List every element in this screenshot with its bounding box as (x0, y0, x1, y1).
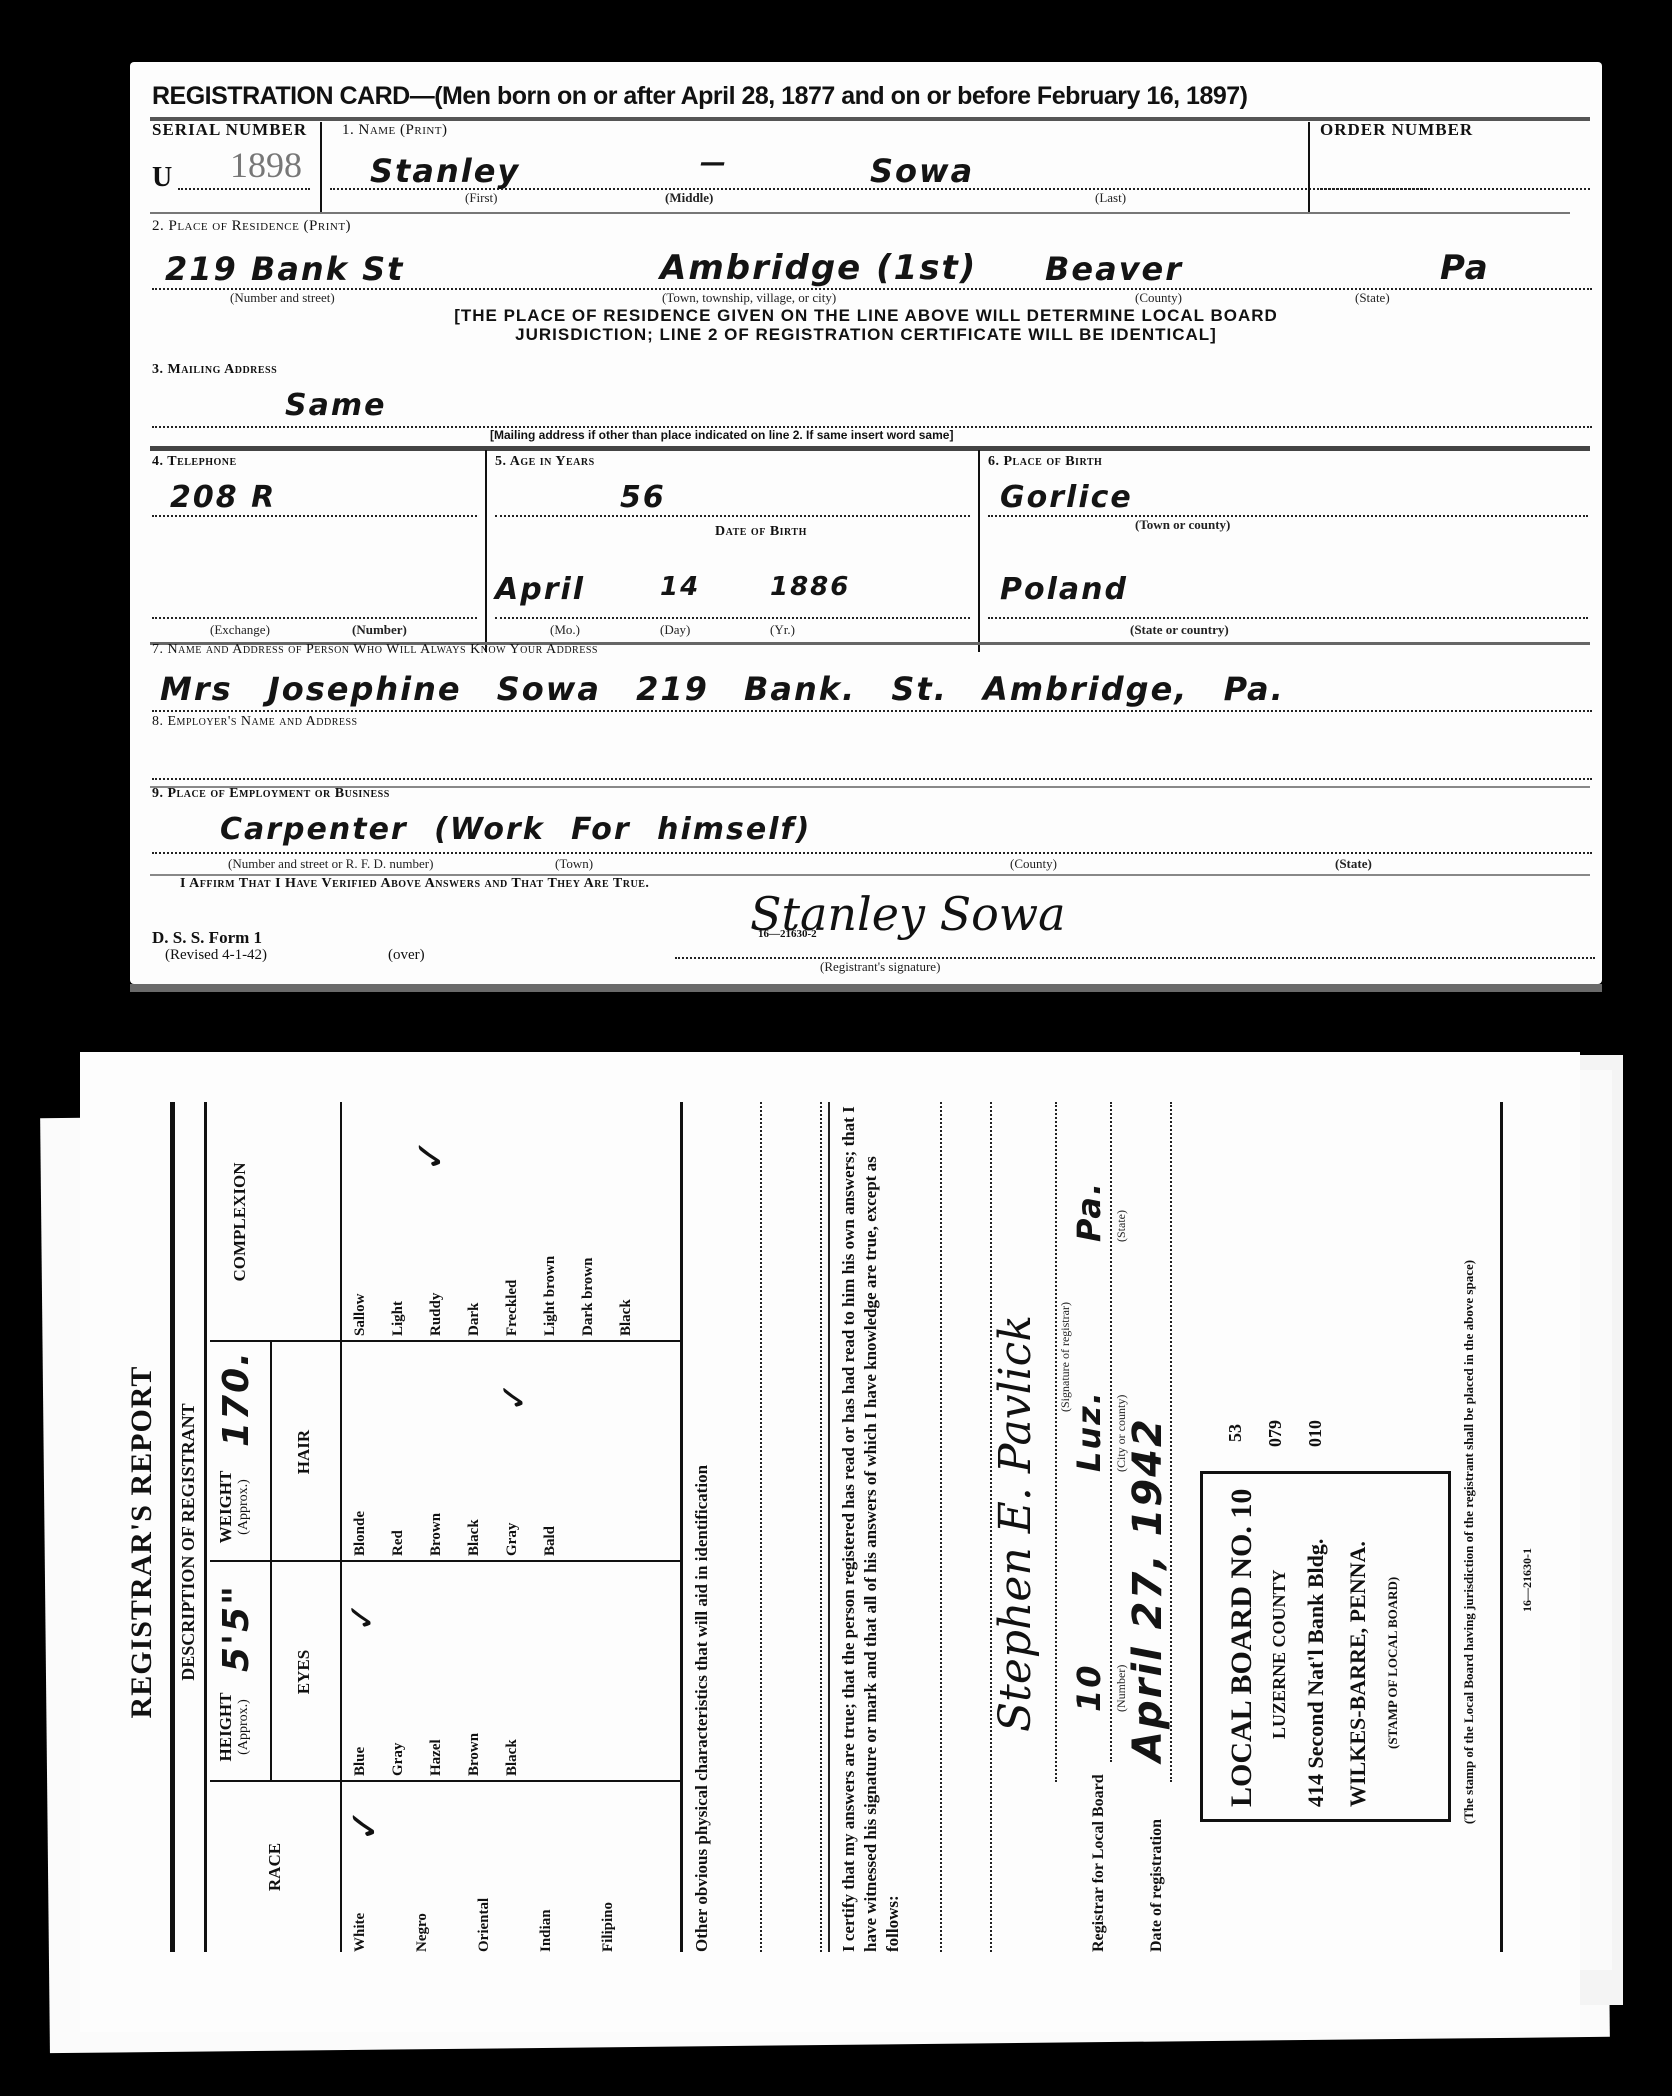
height-header: HEIGHT (Approx.) 5'5" (210, 1560, 270, 1782)
residence-notice-line1: [THE PLACE OF RESIDENCE GIVEN ON THE LIN… (130, 306, 1602, 325)
complexion-option-dark-brown: Dark brown (580, 1258, 597, 1337)
month-caption: (Mo.) (550, 622, 580, 638)
print-code: 16—21630-2 (758, 928, 817, 940)
birthplace-country-value: Poland (1000, 572, 1128, 607)
town-caption: (Town, township, village, or city) (662, 290, 836, 306)
race-option-filipino: Filipino (600, 1902, 617, 1952)
employer-field (152, 778, 1592, 780)
employment-county-caption: (County) (1010, 856, 1057, 872)
certification-text: I certify that my answers are true; that… (838, 1102, 904, 1952)
day-caption: (Day) (660, 622, 690, 638)
dob-day-value: 14 (660, 572, 700, 602)
signature-line (675, 957, 1595, 959)
employment-value: Carpenter (Work For himself) (220, 812, 811, 847)
contact-label: 7. Name and Address of Person Who Will A… (152, 642, 598, 658)
mailing-caption: [Mailing address if other than place ind… (490, 428, 953, 442)
order-number-label: ORDER NUMBER (1320, 120, 1473, 140)
stamp-note: (The stamp of the Local Board having jur… (1460, 1202, 1477, 1882)
serial-number-value: 1898 (230, 144, 302, 186)
registrar-for-label: Registrar for Local Board (1090, 1774, 1108, 1952)
complexion-option-dark: Dark (466, 1303, 483, 1336)
hair-header: HAIR (270, 1340, 342, 1562)
divider (680, 1102, 683, 1952)
stamp-line4: WILKES-BARRE, PENNA. (1345, 1541, 1371, 1807)
divider (978, 450, 980, 652)
stamp-line2: LUZERNE COUNTY (1269, 1569, 1290, 1739)
back-print-code: 16—21630-1 (1520, 1548, 1535, 1612)
state-caption: (State) (1114, 1210, 1129, 1242)
complexion-label: COMPLEXION (230, 1102, 250, 1342)
middle-caption: (Middle) (665, 190, 713, 206)
name-label: 1. Name (Print) (342, 122, 448, 139)
hair-option-brown: Brown (428, 1513, 445, 1556)
weight-value: 170. (216, 1350, 257, 1447)
divider (342, 1780, 680, 1782)
dotted-line (178, 188, 310, 190)
employment-town-caption: (Town) (555, 856, 593, 872)
dotted-line (820, 1102, 822, 1952)
mailing-value: Same (285, 388, 386, 423)
dotted-line (152, 515, 477, 517)
eyes-header: EYES (270, 1560, 342, 1782)
hair-label: HAIR (294, 1342, 314, 1562)
complexion-option-freckled: Freckled (504, 1280, 521, 1336)
divider (204, 1102, 207, 1952)
divider (1308, 122, 1310, 214)
race-option-white: White (352, 1913, 369, 1952)
stamp-code-3: 010 (1305, 1420, 1326, 1447)
residence-street-value: 219 Bank St (165, 250, 404, 288)
residence-county-value: Beaver (1045, 250, 1183, 288)
complexion-header: COMPLEXION (210, 1102, 340, 1342)
dotted-line (988, 617, 1588, 619)
date-of-registration-value: April 27, 1942 (1125, 1417, 1171, 1762)
race-checkmark-icon: ✓ (342, 1808, 388, 1842)
signature-caption: (Registrant's signature) (820, 959, 940, 975)
dotted-line (1110, 1102, 1112, 1762)
hair-option-gray: Gray (504, 1523, 521, 1556)
dotted-line (760, 1102, 762, 1952)
exchange-caption: (Exchange) (210, 622, 270, 638)
local-board-stamp: LOCAL BOARD NO. 10 LUZERNE COUNTY 414 Se… (1200, 1471, 1451, 1822)
street-caption: (Number and street) (230, 290, 335, 306)
hair-option-black: Black (466, 1519, 483, 1556)
divider (150, 446, 1590, 451)
card-stack-edge (1575, 1070, 1612, 1970)
last-caption: (Last) (1095, 190, 1126, 206)
stamp-line1: LOCAL BOARD NO. 10 (1225, 1489, 1259, 1807)
race-header: RACE (210, 1780, 340, 1952)
dotted-line (1170, 1102, 1172, 1782)
complexion-option-light: Light (390, 1301, 407, 1336)
dotted-line (152, 710, 1592, 712)
eyes-checkmark-icon: ✓ (342, 1602, 383, 1632)
dob-month-value: April (495, 572, 585, 607)
board-city-value: Luz. (1070, 1390, 1108, 1472)
complexion-checkmark-icon: ✓ (408, 1138, 454, 1172)
stamp-code-2: 079 (1265, 1420, 1286, 1447)
county-caption: (County) (1135, 290, 1182, 306)
telephone-label: 4. Telephone (152, 454, 237, 470)
dotted-line (495, 617, 970, 619)
residence-notice-line2: JURISDICTION; LINE 2 OF REGISTRATION CER… (130, 325, 1602, 344)
registrars-report-back: REGISTRAR'S REPORT DESCRIPTION OF REGIST… (80, 1052, 1580, 2032)
dotted-line (940, 1102, 942, 1952)
divider (320, 122, 322, 214)
registration-card-front: REGISTRATION CARD—(Men born on or after … (130, 62, 1602, 984)
employment-state-caption: (State) (1335, 856, 1372, 872)
dotted-line (495, 515, 970, 517)
state-caption: (State) (1355, 290, 1390, 306)
first-name-value: Stanley (370, 152, 520, 190)
eyes-option-black: Black (504, 1739, 521, 1776)
description-grid: RACE HEIGHT (Approx.) 5'5" WEIGHT (Appro… (210, 1102, 680, 1952)
divider (828, 1102, 830, 1952)
complexion-option-black: Black (618, 1299, 635, 1336)
age-value: 56 (620, 480, 666, 515)
over-label: (over) (388, 947, 425, 964)
height-sub: (Approx.) (236, 1672, 252, 1782)
stamp-code-1: 53 (1225, 1424, 1246, 1442)
residence-state-value: Pa (1440, 248, 1490, 288)
complexion-option-light-brown: Light brown (542, 1256, 559, 1336)
birthplace-label: 6. Place of Birth (988, 454, 1102, 470)
stamp-caption: (STAMP OF LOCAL BOARD) (1385, 1577, 1401, 1749)
town-county-caption: (Town or county) (1135, 517, 1230, 533)
age-label: 5. Age in Years (495, 454, 595, 470)
eyes-label: EYES (294, 1562, 314, 1782)
eyes-option-brown: Brown (466, 1733, 483, 1776)
board-state-value: Pa. (1070, 1181, 1108, 1242)
employment-street-caption: (Number and street or R. F. D. number) (228, 856, 433, 872)
eyes-option-hazel: Hazel (428, 1739, 445, 1776)
weight-header: WEIGHT (Approx.) 170. (210, 1340, 270, 1562)
complexion-option-ruddy: Ruddy (428, 1293, 445, 1336)
hair-option-bald: Bald (542, 1526, 559, 1556)
serial-number-label: SERIAL NUMBER (152, 120, 307, 140)
mailing-label: 3. Mailing Address (152, 362, 277, 378)
middle-name-value: — (700, 148, 728, 178)
residence-town-value: Ambridge (1st) (660, 248, 977, 288)
weight-label: WEIGHT (216, 1452, 236, 1562)
residence-label: 2. Place of Residence (Print) (152, 218, 351, 235)
affirmation-text: I Affirm That I Have Verified Above Answ… (180, 876, 649, 892)
race-option-oriental: Oriental (476, 1898, 493, 1952)
birthplace-town-value: Gorlice (1000, 480, 1133, 515)
card-edge-shadow (130, 984, 1602, 992)
dob-year-value: 1886 (770, 572, 850, 602)
date-of-registration-label: Date of registration (1148, 1819, 1166, 1952)
employment-label: 9. Place of Employment or Business (152, 786, 390, 802)
board-number-value: 10 (1070, 1663, 1108, 1712)
race-label: RACE (265, 1782, 285, 1952)
divider (485, 450, 487, 652)
divider (342, 1340, 680, 1342)
divider (150, 212, 1570, 214)
complexion-option-sallow: Sallow (352, 1293, 369, 1336)
contact-value: Mrs Josephine Sowa 219 Bank. St. Ambridg… (160, 670, 1285, 708)
number-caption: (Number) (352, 622, 407, 638)
eyes-option-gray: Gray (390, 1743, 407, 1776)
employer-label: 8. Employer's Name and Address (152, 714, 358, 730)
divider (1500, 1102, 1503, 1952)
race-option-indian: Indian (538, 1909, 555, 1952)
dotted-line (152, 617, 477, 619)
serial-prefix: U (152, 162, 172, 194)
card-title: REGISTRATION CARD—(Men born on or after … (152, 82, 1248, 111)
hair-option-blonde: Blonde (352, 1511, 369, 1556)
form-revised: (Revised 4-1-42) (165, 947, 267, 964)
residence-notice: [THE PLACE OF RESIDENCE GIVEN ON THE LIN… (130, 306, 1602, 344)
height-label: HEIGHT (216, 1672, 236, 1782)
registrar-signature: Stephen E. Pavlick (990, 1315, 1041, 1732)
dotted-line (152, 852, 1592, 854)
dob-label: Date of Birth (715, 524, 807, 540)
options-table: White Negro Oriental Indian Filipino ✓ B… (342, 1102, 680, 1952)
stamp-line3: 414 Second Nat'l Bank Bldg. (1303, 1539, 1329, 1807)
telephone-value: 208 R (170, 480, 276, 515)
rotated-form: REGISTRAR'S REPORT DESCRIPTION OF REGIST… (80, 1052, 1580, 2032)
race-option-negro: Negro (414, 1913, 431, 1952)
other-characteristics-label: Other obvious physical characteristics t… (692, 1465, 712, 1952)
hair-checkmark-icon: ✓ (494, 1382, 535, 1412)
divider (342, 1560, 680, 1562)
order-number-field (1320, 188, 1590, 190)
divider (170, 1102, 175, 1952)
state-country-caption: (State or country) (1130, 622, 1229, 638)
dotted-line (988, 515, 1588, 517)
weight-sub: (Approx.) (236, 1452, 252, 1562)
year-caption: (Yr.) (770, 622, 795, 638)
eyes-option-blue: Blue (352, 1747, 369, 1776)
last-name-value: Sowa (870, 152, 974, 190)
first-caption: (First) (465, 190, 498, 206)
form-id: D. S. S. Form 1 (152, 928, 262, 948)
report-title: REGISTRAR'S REPORT (125, 1052, 159, 2032)
hair-option-red: Red (390, 1530, 407, 1556)
report-subtitle: DESCRIPTION OF REGISTRANT (178, 1052, 199, 2032)
height-value: 5'5" (216, 1584, 257, 1672)
dotted-line (1055, 1102, 1057, 1782)
